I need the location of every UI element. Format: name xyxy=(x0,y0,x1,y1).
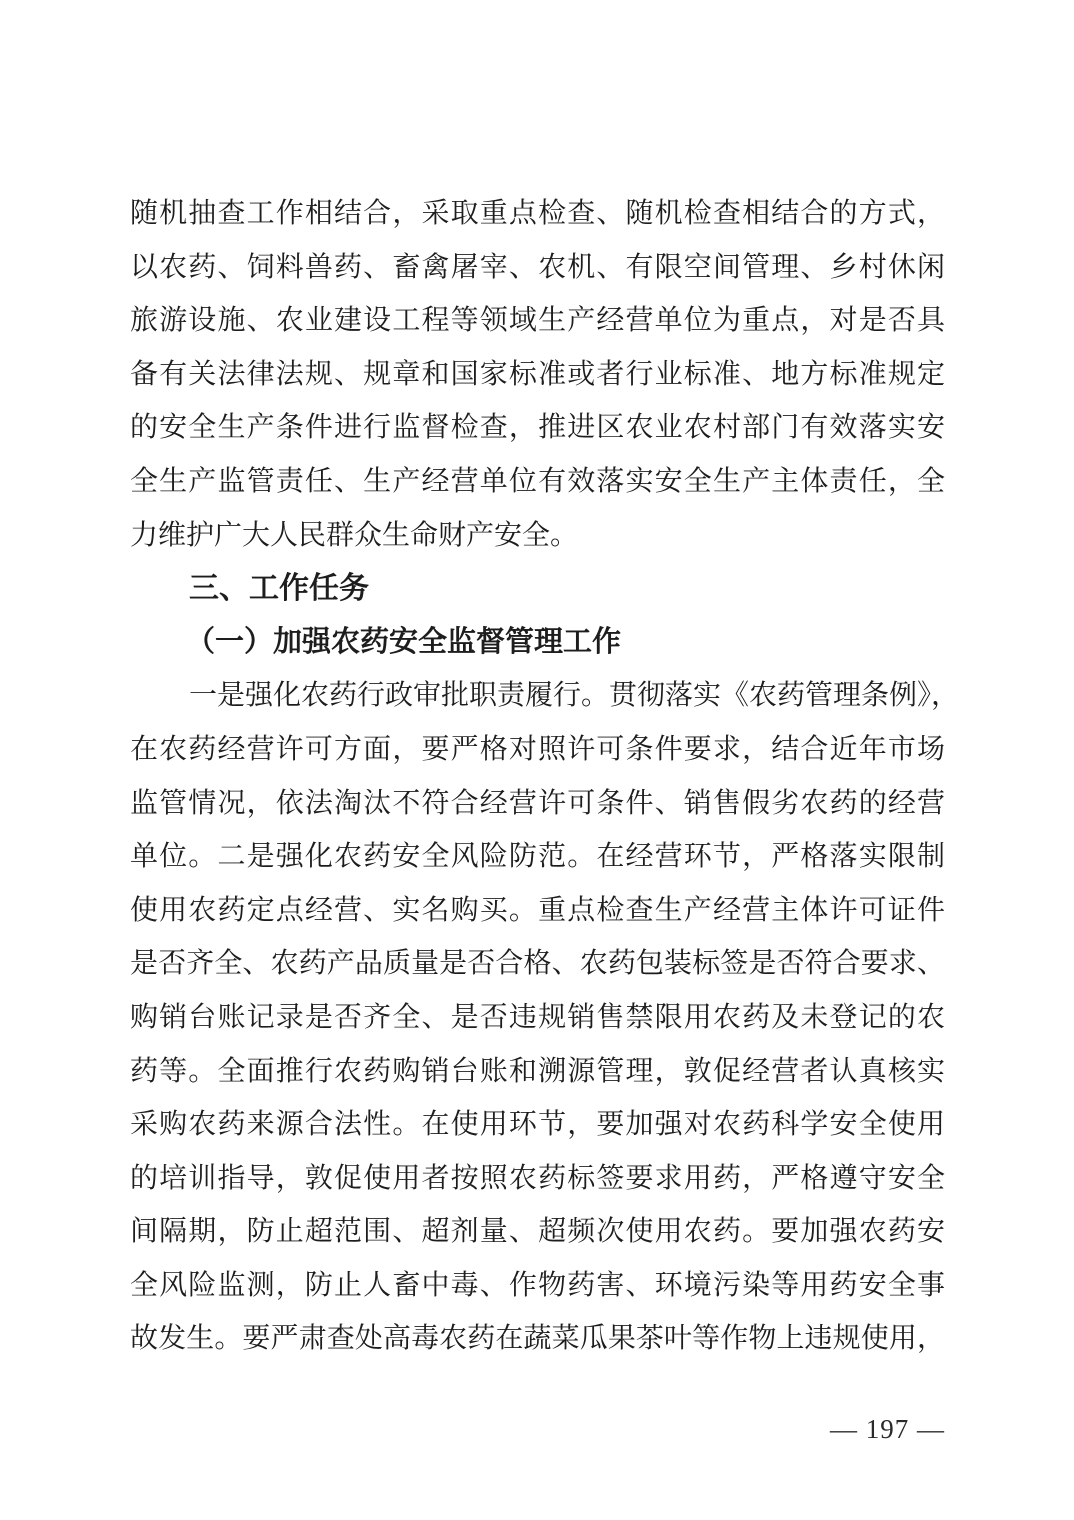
text-line: 药等。全面推行农药购销台账和溯源管理，敦促经营者认真核实 xyxy=(130,1045,945,1099)
text-line: 监管情况，依法淘汰不符合经营许可条件、销售假劣农药的经营 xyxy=(130,777,945,831)
text-line: 一是强化农药行政审批职责履行。贯彻落实《农药管理条例》， xyxy=(130,669,945,723)
section-heading: 三、工作任务 xyxy=(130,562,945,616)
text-line: 的培训指导，敦促使用者按照农药标签要求用药，严格遵守安全 xyxy=(130,1152,945,1206)
text-line: 使用农药定点经营、实名购买。重点检查生产经营主体许可证件 xyxy=(130,884,945,938)
subsection-heading: （一）加强农药安全监督管理工作 xyxy=(130,616,945,670)
document-page: 随机抽查工作相结合，采取重点检查、随机检查相结合的方式， 以农药、饲料兽药、畜禽… xyxy=(0,0,1074,1520)
text-line: 全生产监管责任、生产经营单位有效落实安全生产主体责任，全 xyxy=(130,455,945,509)
text-line: 备有关法律法规、规章和国家标准或者行业标准、地方标准规定 xyxy=(130,348,945,402)
text-line: 全风险监测，防止人畜中毒、作物药害、环境污染等用药安全事 xyxy=(130,1259,945,1313)
text-line: 在农药经营许可方面，要严格对照许可条件要求，结合近年市场 xyxy=(130,723,945,777)
text-line: 旅游设施、农业建设工程等领域生产经营单位为重点，对是否具 xyxy=(130,294,945,348)
text-line: 以农药、饲料兽药、畜禽屠宰、农机、有限空间管理、乡村休闲 xyxy=(130,241,945,295)
text-line: 故发生。要严肃查处高毒农药在蔬菜瓜果茶叶等作物上违规使用， xyxy=(130,1312,945,1366)
document-body: 随机抽查工作相结合，采取重点检查、随机检查相结合的方式， 以农药、饲料兽药、畜禽… xyxy=(130,187,945,1366)
text-line: 单位。二是强化农药安全风险防范。在经营环节，严格落实限制 xyxy=(130,830,945,884)
text-line: 采购农药来源合法性。在使用环节，要加强对农药科学安全使用 xyxy=(130,1098,945,1152)
text-line: 是否齐全、农药产品质量是否合格、农药包装标签是否符合要求、 xyxy=(130,937,945,991)
text-line: 随机抽查工作相结合，采取重点检查、随机检查相结合的方式， xyxy=(130,187,945,241)
text-line: 力维护广大人民群众生命财产安全。 xyxy=(130,509,945,563)
page-number: — 197 — xyxy=(830,1412,945,1446)
text-line: 的安全生产条件进行监督检查，推进区农业农村部门有效落实安 xyxy=(130,401,945,455)
text-line: 间隔期，防止超范围、超剂量、超频次使用农药。要加强农药安 xyxy=(130,1205,945,1259)
text-line: 购销台账记录是否齐全、是否违规销售禁限用农药及未登记的农 xyxy=(130,991,945,1045)
